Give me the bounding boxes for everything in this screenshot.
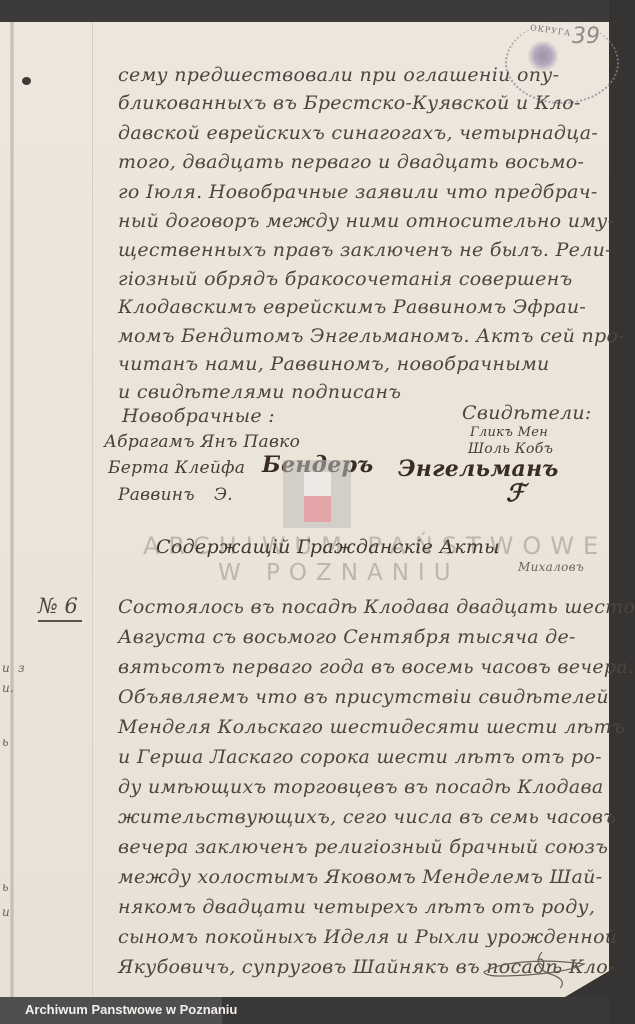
watermark-line-2: W POZNANIU <box>218 560 460 586</box>
entry-line: ду имѣющихъ торговцевъ въ посадѣ Клодава <box>118 776 604 798</box>
section-heading-note: Михаловъ <box>518 560 584 574</box>
archive-logo-red <box>304 496 331 522</box>
margin-note: з <box>18 661 25 675</box>
text-line: гіозный обрядъ бракосочетанія совершенъ <box>118 268 573 290</box>
folio-number: 39 <box>572 24 600 49</box>
entry-line: Объявляемъ что въ присутствіи свидѣтелей <box>118 686 609 708</box>
text-line: Клодавскимъ еврейскимъ Раввиномъ Эфраи- <box>118 296 586 318</box>
witness-flourish: ℱ <box>506 478 525 507</box>
text-line: ный договоръ между ними относительно иму… <box>118 210 614 232</box>
entry-line: жительствующихъ, сего числа въ семь часо… <box>118 806 616 828</box>
text-line: бликованныхъ въ Брестско-Куявской и Кло- <box>118 92 581 114</box>
entry-line: вечера заключенъ религіозный брачный сою… <box>118 836 608 858</box>
witness-signature-2: Шоль Кобъ <box>468 441 553 457</box>
witnesses-label: Свидѣтели: <box>462 402 592 424</box>
text-line: сему предшествовали при оглашеніи опу- <box>118 64 559 86</box>
entry-line: някомъ двадцати четырехъ лѣтъ отъ роду, <box>118 896 595 918</box>
text-line: и свидѣтелями подписанъ <box>118 381 401 403</box>
entry-line: между холостымъ Яковомъ Менделемъ Шай- <box>118 866 602 888</box>
footer-credit: Archiwum Panstwowe w Poznaniu <box>25 1002 237 1017</box>
binding-fold <box>10 22 14 997</box>
text-line: давской еврейскихъ синагогахъ, четырнадц… <box>118 122 598 144</box>
scan-border-top <box>0 0 635 22</box>
margin-rule <box>92 22 93 997</box>
margin-note: и <box>2 905 10 919</box>
section-heading: Содержащій Гражданскіе Акты <box>156 536 500 558</box>
margin-note: ь <box>2 880 9 894</box>
scan-border-right <box>609 0 635 1024</box>
entry-number: № 6 <box>38 594 82 622</box>
margin-note: и. <box>2 681 14 695</box>
closing-flourish-icon <box>480 950 590 990</box>
margin-note: ь <box>2 735 9 749</box>
entry-line: и Герша Ласкаго сорока шести лѣтъ отъ ро… <box>118 746 602 768</box>
margin-note: и <box>2 661 10 675</box>
newlyweds-label: Новобрачные : <box>122 405 275 427</box>
text-line: момъ Бендитомъ Энгельманомъ. Актъ сей пр… <box>118 325 625 347</box>
bride-signature: Берта Клейфа <box>108 458 245 478</box>
text-line: читанъ нами, Раввиномъ, новобрачными <box>118 353 550 375</box>
rabbi-initial: Э. <box>214 485 233 505</box>
text-line: го Іюля. Новобрачные заявили что предбра… <box>118 181 598 203</box>
text-line: того, двадцать перваго и двадцать восьмо… <box>118 151 584 173</box>
rabbi-label: Раввинъ <box>118 485 195 505</box>
ink-blot <box>22 77 31 85</box>
entry-line: Состоялось въ посадѣ Клодава двадцать ше… <box>118 596 635 618</box>
entry-line: Августа съ восьмого Сентября тысяча де- <box>118 626 576 648</box>
entry-line: Менделя Кольскаго шестидесяти шести лѣтъ <box>118 716 625 738</box>
large-signature-2: Энгельманъ <box>398 456 559 482</box>
entry-line: вятьсотъ перваго года въ восемь часовъ в… <box>118 656 634 678</box>
archive-logo-white <box>304 472 331 496</box>
groom-signature: Абрагамъ Янъ Павко <box>104 432 300 452</box>
text-line: щественныхъ правъ заключенъ не былъ. Рел… <box>118 239 612 261</box>
witness-signature-1: Гликъ Мен <box>470 425 548 440</box>
entry-line: сыномъ покойныхъ Иделя и Рыхли урожденно… <box>118 926 617 948</box>
